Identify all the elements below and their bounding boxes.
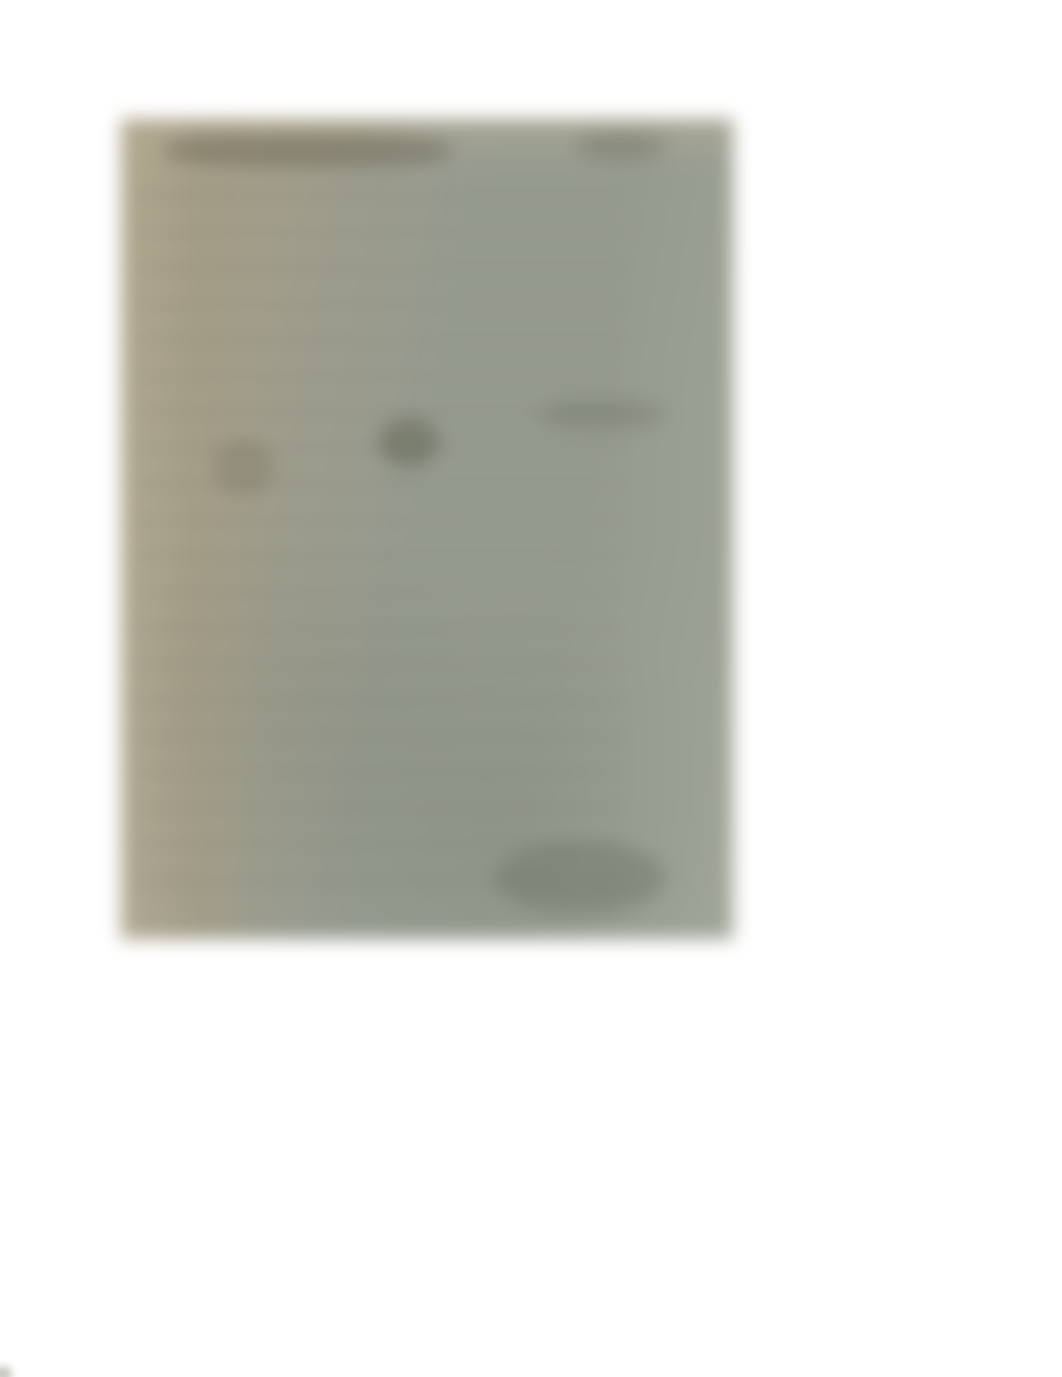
corner-artifact: [0, 1366, 12, 1377]
document-photo: [121, 119, 733, 939]
canvas: [0, 0, 1062, 1377]
photo-shading: [121, 119, 733, 939]
